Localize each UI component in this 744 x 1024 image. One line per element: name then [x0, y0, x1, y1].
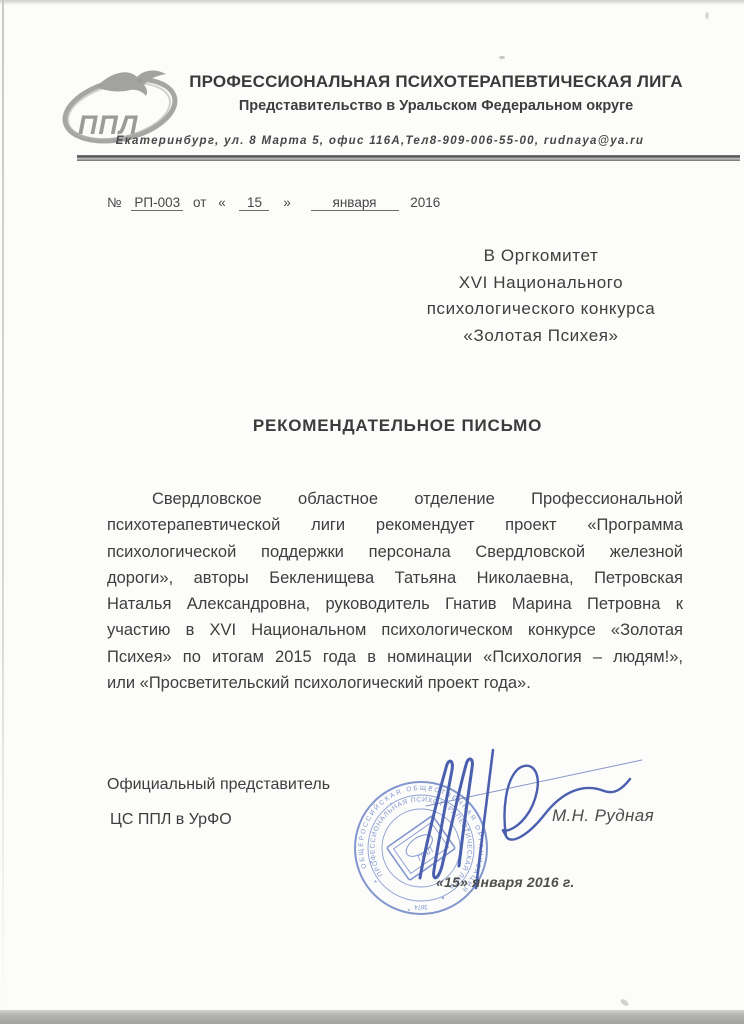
- body-line: Психея» по итогам 2015 года в номинации …: [107, 644, 683, 670]
- letter-number: РП-003: [131, 195, 183, 211]
- body-line: психотерапевтической лиги рекомендует пр…: [107, 512, 683, 538]
- quote-close: »: [283, 195, 291, 210]
- from-label: от: [193, 195, 206, 210]
- reference-line: № РП-003 от « 15 » января 2016: [107, 195, 440, 211]
- stamp-number: 3874: [414, 903, 428, 909]
- document-title: РЕКОМЕНДАТЕЛЬНОЕ ПИСЬМО: [60, 416, 735, 436]
- body-line: Свердловское областное отделение Професс…: [107, 486, 683, 512]
- body-line: Наталья Александровна, руководитель Гнат…: [107, 591, 683, 617]
- scan-left-edge: [2, 0, 4, 1012]
- signer-name: М.Н. Рудная: [552, 806, 654, 826]
- signature-date: «15» января 2016 г.: [436, 874, 575, 890]
- scanned-letter-page: ППЛ ПРОФЕССИОНАЛЬНАЯ ПСИХОТЕРАПЕВТИЧЕСКА…: [0, 0, 744, 1024]
- quote-open: «: [218, 195, 226, 210]
- scan-speck: [705, 12, 709, 19]
- letter-year: 2016: [410, 195, 440, 210]
- scan-speck: [619, 998, 629, 1007]
- org-subtitle: Представительство в Уральском Федерально…: [186, 98, 686, 114]
- addressee-line: психологического конкурса: [385, 296, 697, 323]
- scan-top-shadow: [0, 0, 744, 5]
- body-line: или «Просветительский психологический пр…: [107, 670, 683, 696]
- body-line: психологической поддержки персонала Свер…: [107, 539, 683, 565]
- body-line: дороги», авторы Бекленищева Татьяна Нико…: [107, 565, 683, 591]
- signer-position-line2: ЦС ППЛ в УрФО: [110, 811, 232, 829]
- org-address-line: Екатеринбург, ул. 8 Марта 5, офис 116А,Т…: [60, 135, 700, 147]
- addressee-line: XVI Национального: [385, 270, 697, 297]
- svg-text:*: *: [374, 879, 377, 888]
- scan-speck: [499, 56, 505, 59]
- addressee-line: «Золотая Психея»: [385, 323, 697, 350]
- number-sign: №: [107, 195, 121, 210]
- letter-body: Свердловское областное отделение Професс…: [107, 486, 683, 696]
- signer-position-line1: Официальный представитель: [107, 776, 330, 794]
- org-name: ПРОФЕССИОНАЛЬНАЯ ПСИХОТЕРАПЕВТИЧЕСКАЯ ЛИ…: [186, 72, 686, 92]
- body-line: участию в XVI Национальном психологическ…: [107, 617, 683, 643]
- letter-month: января: [311, 195, 399, 211]
- letter-day: 15: [239, 195, 269, 211]
- addressee-line: В Оргкомитет: [385, 243, 697, 270]
- addressee-block: В Оргкомитет XVI Национального психологи…: [385, 243, 697, 349]
- letterhead: ПРОФЕССИОНАЛЬНАЯ ПСИХОТЕРАПЕВТИЧЕСКАЯ ЛИ…: [186, 72, 686, 114]
- letterhead-rule: [77, 155, 740, 161]
- scan-bottom-edge: [0, 1010, 744, 1024]
